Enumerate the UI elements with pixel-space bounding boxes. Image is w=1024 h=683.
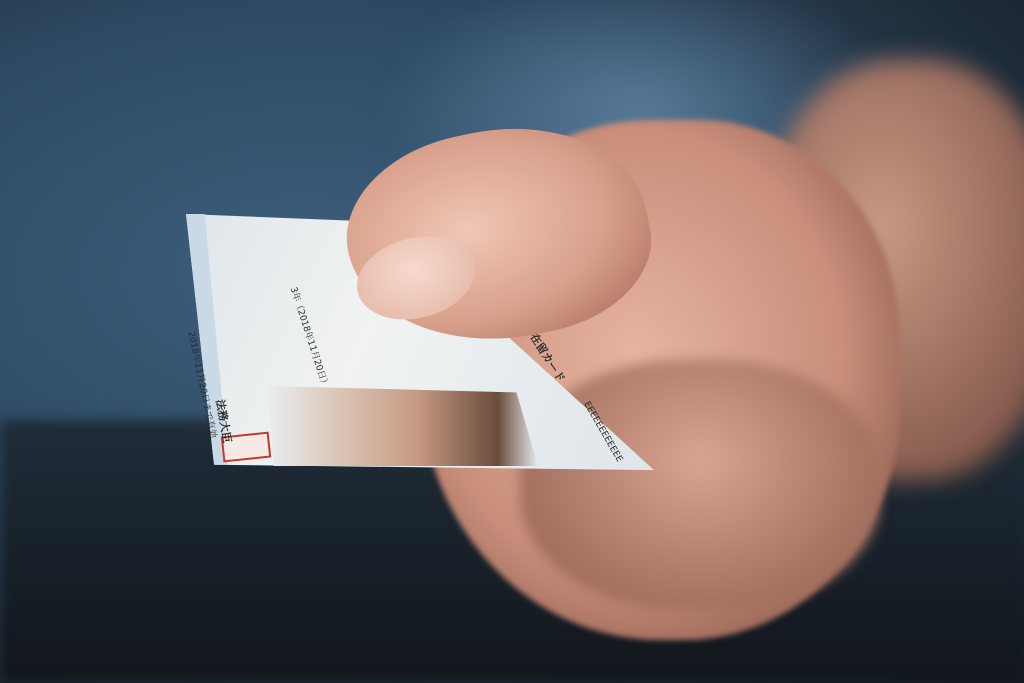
card-portrait-photo xyxy=(268,386,538,466)
photo-scene: 2018年11月20日まで有効 3年（2018年11月20日） 在留カード EE… xyxy=(0,0,1024,683)
